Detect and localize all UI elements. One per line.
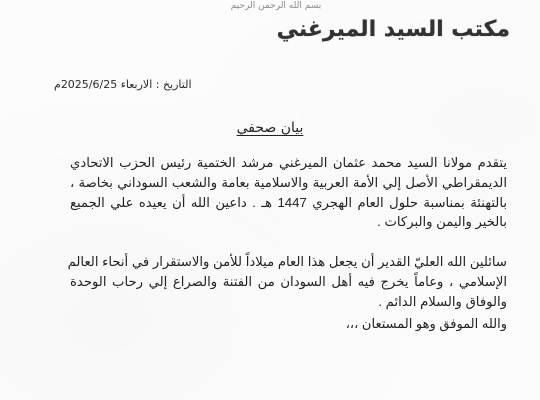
closing-line: والله الموفق وهو المستعان ،،، [346, 316, 507, 332]
paragraph-line: الديمقراطي الأصل إلي الأمة العربية والاس… [70, 173, 507, 193]
letterhead-office-name: مكتب السيد الميرغني [277, 17, 510, 42]
paragraph-line: بالخير واليمن والبركات . [70, 212, 507, 232]
date-line: التاريخ : الاربعاء 2025/6/25م [54, 78, 192, 91]
paragraph-line: والوفاق والسلام الدائم . [70, 292, 507, 312]
paragraph-line: يتقدم مولانا السيد محمد عثمان الميرغني م… [70, 153, 507, 173]
document-title: بيان صحفي [237, 120, 304, 136]
basmala-header: بسم الله الرحمن الرحيم [228, 1, 324, 11]
press-release-page: بسم الله الرحمن الرحيم مكتب السيد الميرغ… [0, 0, 540, 400]
paragraph-congratulations: يتقدم مولانا السيد محمد عثمان الميرغني م… [70, 153, 507, 232]
paragraph-line: سائلين الله العليّ القدير أن يجعل هذا ال… [70, 252, 507, 272]
paragraph-line: بالتهنئة بمناسبة حلول العام الهجري 1447 … [70, 193, 507, 213]
paragraph-line: الإسلامي ، وعاماً يخرج فيه أهل السودان م… [70, 272, 507, 292]
paragraph-prayer: سائلين الله العليّ القدير أن يجعل هذا ال… [70, 252, 507, 311]
document-title-container: بيان صحفي [0, 117, 540, 136]
